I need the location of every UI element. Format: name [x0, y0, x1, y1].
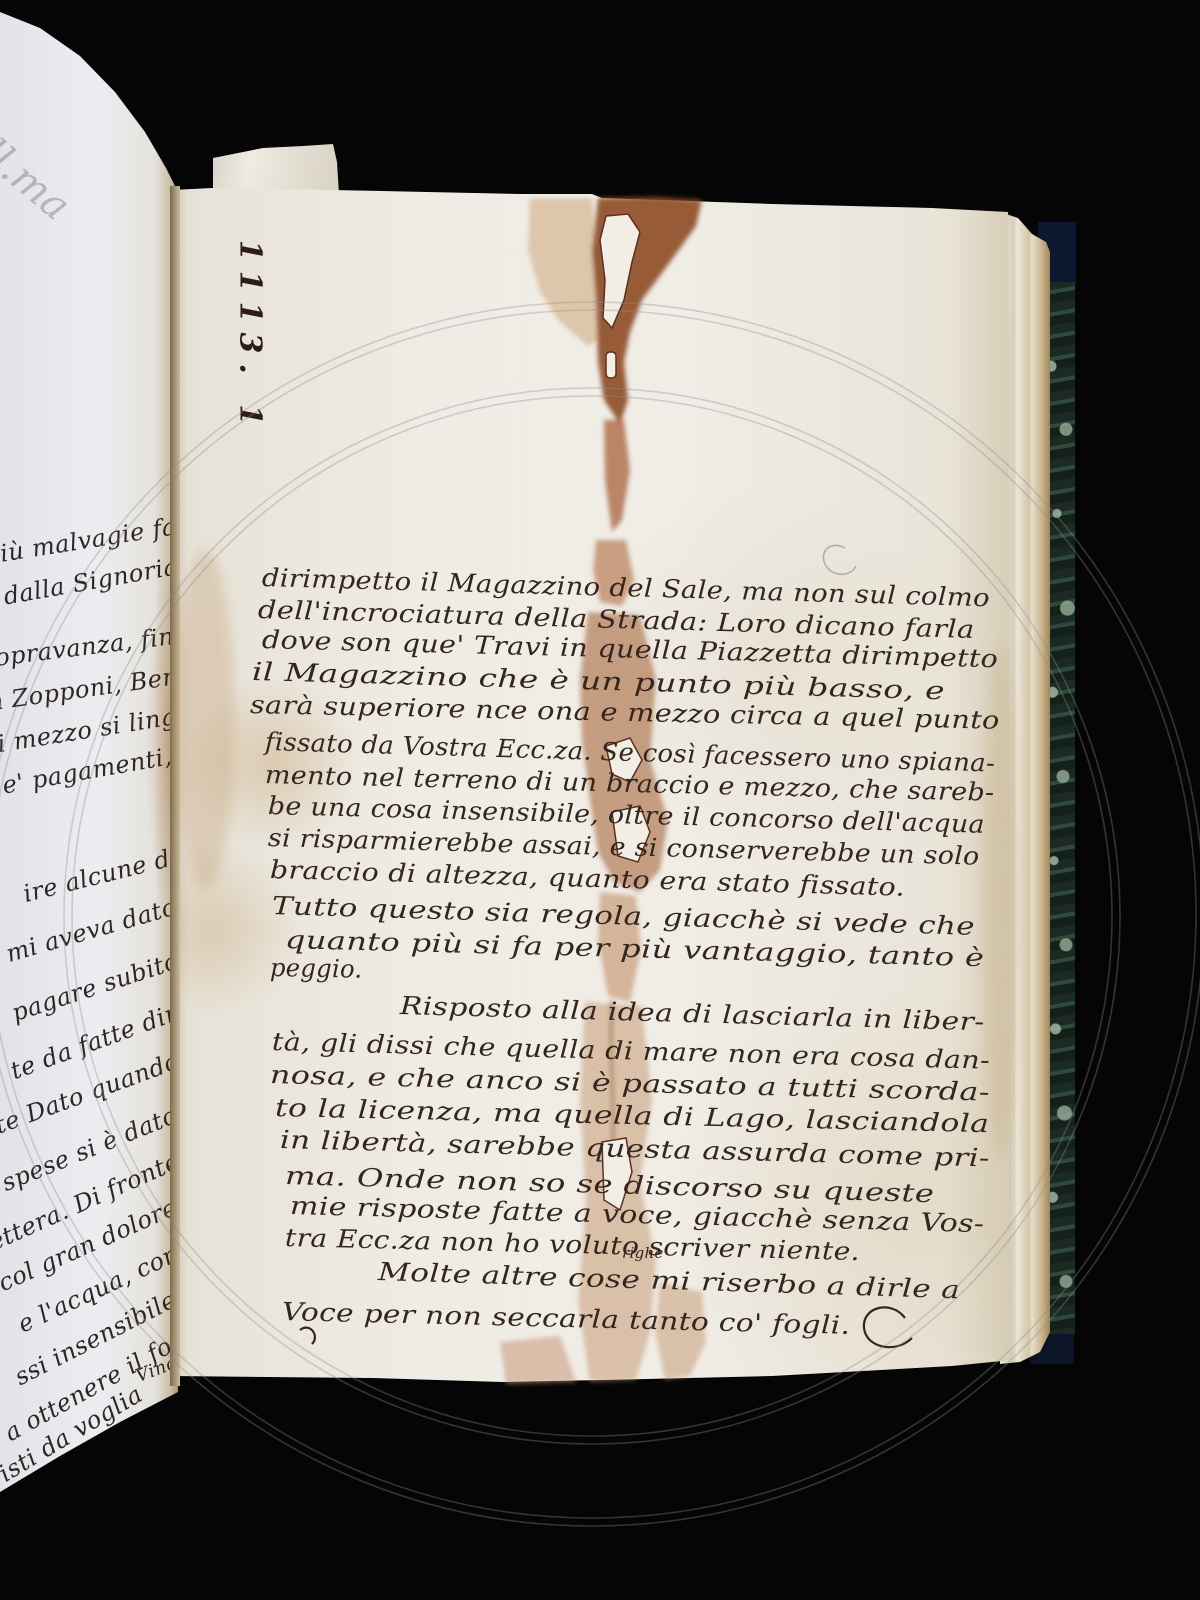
interlinear-insertion: righe — [622, 1244, 664, 1262]
margin-folio-note: 1113. 1 — [233, 228, 268, 448]
gutter-shadow — [170, 186, 180, 1386]
text-line: peggio. — [270, 952, 363, 986]
manuscript-photo: Ill.ma iù malvagie fa Ecc.za dalla Signo… — [0, 0, 1200, 1600]
paper-tab — [213, 144, 339, 194]
left-page: Ill.ma iù malvagie fa Ecc.za dalla Signo… — [0, 0, 180, 1500]
pencil-note: Ill.ma — [0, 120, 79, 230]
